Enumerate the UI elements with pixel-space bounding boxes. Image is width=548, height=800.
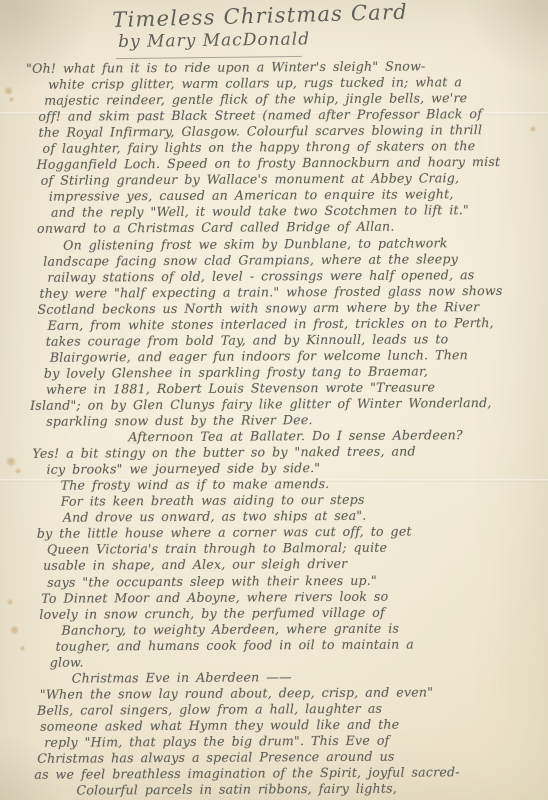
handwritten-line: Island"; on by Glen Clunys fairy like gl…	[2, 395, 548, 414]
handwritten-line: Colourful parcels in satin ribbons, fair…	[4, 780, 548, 799]
handwritten-line: Earn, from white stones interlaced in fr…	[2, 314, 548, 333]
letter-body: "Oh! what fun it is to ride upon a Winte…	[0, 58, 548, 800]
page-title: Timeless Christmas Card	[112, 0, 408, 32]
handwritten-page: Timeless Christmas Card by Mary MacDonal…	[0, 0, 548, 800]
byline: by Mary MacDonald	[118, 29, 310, 52]
handwritten-line: Blairgowrie, and eager fun indoors for w…	[2, 346, 548, 365]
